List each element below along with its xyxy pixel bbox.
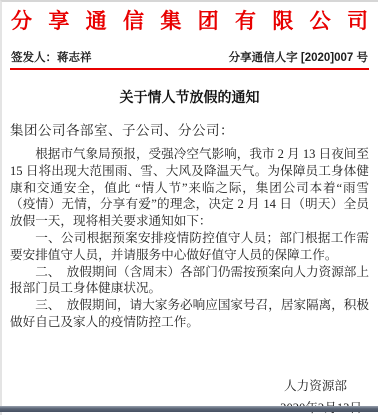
signature-department: 人力资源部 (10, 375, 369, 394)
addressee-line: 集团公司各部室、子公司、分公司： (10, 119, 369, 139)
company-letterhead-title: 分享通信集团有限公司 (11, 9, 368, 34)
issuer-row: 签发人：蒋志祥 分享通信人字 [2020]007 号 (10, 49, 369, 65)
paragraph-item-2: 二、 放假期间（含周末）各部门仍需按预案向人力资源部上报部门员工身体健康状况。 (10, 264, 369, 298)
notice-title: 关于情人节放假的通知 (10, 87, 369, 107)
red-separator-line (10, 68, 369, 70)
paragraph-item-3: 三、 放假期间，请大家务必响应国家号召，居家隔离，积极做好自己及家人的疫情防控工… (10, 297, 369, 331)
paragraph-item-1: 一、公司根据预案安排疫情防控值守人员；部门根据工作需要安排值守人员，并请服务中心… (10, 230, 369, 264)
bottom-window-edge (0, 406, 378, 412)
doc-number: 分享通信人字 [2020]007 号 (229, 49, 368, 65)
paragraph-intro: 根据市气象局预报，受强冷空气影响，我市 2 月 13 日夜间至 15 日将出现大… (10, 146, 369, 230)
issuer-name: 签发人：蒋志祥 (11, 49, 92, 65)
document-page: 分享通信集团有限公司 签发人：蒋志祥 分享通信人字 [2020]007 号 关于… (0, 0, 378, 415)
